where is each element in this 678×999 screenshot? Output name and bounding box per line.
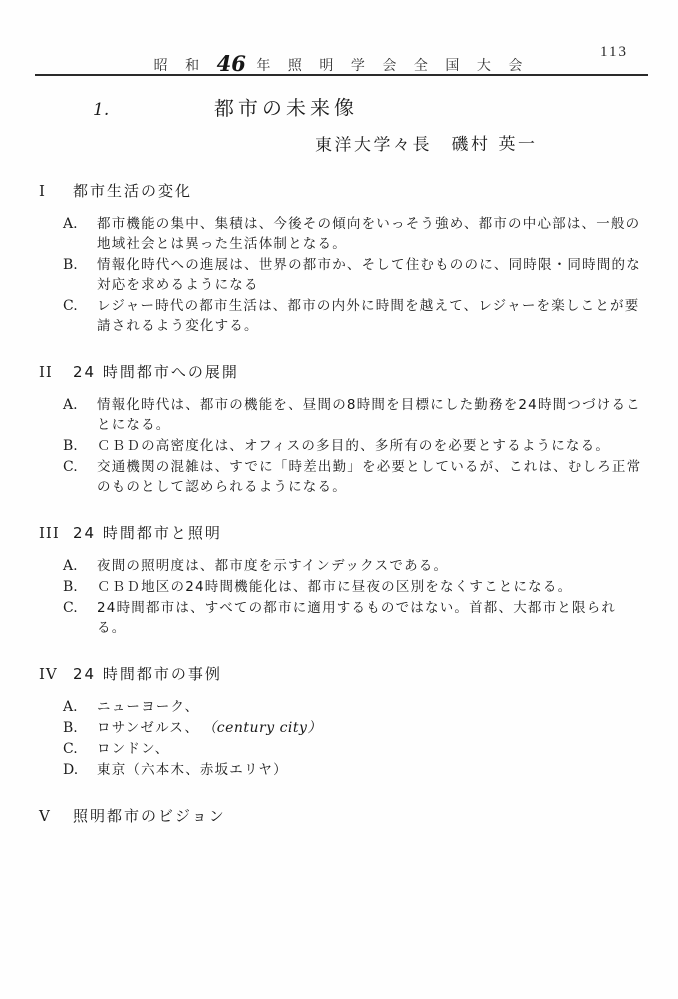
author-byline: 東洋大学々長 磯村 英一	[315, 129, 538, 155]
outline-item: C. ロンドン、	[63, 739, 648, 759]
outline-item: C. レジャー時代の都市生活は、都市の内外に時間を越えて、レジャーを楽しことが要…	[63, 296, 648, 336]
section-heading: V 照明都市のビジョン	[39, 805, 648, 826]
item-label: B.	[63, 438, 97, 454]
page-number: 113	[600, 44, 628, 61]
item-text: 24時間都市は、すべての都市に適用するものではない。首都、大都市と限られる。	[97, 598, 648, 638]
conference-title-suffix: 年 照 明 学 会 全 国 大 会	[256, 59, 529, 74]
item-label: A.	[63, 558, 97, 574]
item-text: ロンドン、	[97, 739, 648, 759]
outline-item: C. 24時間都市は、すべての都市に適用するものではない。首都、大都市と限られる…	[63, 598, 648, 638]
outline-item: B. 情報化時代への進展は、世界の都市か、そして住むもののに、同時限・同時間的な…	[63, 255, 648, 295]
section-numeral: III	[39, 524, 73, 542]
item-label: C.	[63, 298, 97, 314]
item-text: 夜間の照明度は、都市度を示すインデックスである。	[97, 556, 648, 576]
title-row: 1. 都市の未来像	[35, 92, 648, 121]
item-label: C.	[63, 600, 97, 616]
item-text: ＣＢＤ地区の24時間機能化は、都市に昼夜の区別をなくすことになる。	[97, 577, 648, 597]
item-text: 交通機関の混雑は、すでに「時差出勤」を必要としているが、これは、むしろ正常のもの…	[97, 457, 648, 497]
byline-row: 東洋大学々長 磯村 英一	[35, 130, 648, 155]
section-4-24hour-city-examples: IV 24 時間都市の事例 A. ニューヨーク、 B. ロサンゼルス、（cent…	[35, 663, 648, 780]
outline-item: B. ＣＢＤ地区の24時間機能化は、都市に昼夜の区別をなくすことになる。	[63, 577, 648, 597]
section-items: A. 夜間の照明度は、都市度を示すインデックスである。 B. ＣＢＤ地区の24時…	[63, 556, 648, 638]
item-label: B.	[63, 257, 97, 273]
section-numeral: IV	[39, 665, 73, 683]
section-heading: II 24 時間都市への展開	[39, 361, 648, 382]
outline-item: A. 都市機能の集中、集積は、今後その傾向をいっそう強め、都市の中心部は、一般の…	[63, 214, 648, 254]
item-label: B.	[63, 720, 97, 736]
item-text: 情報化時代への進展は、世界の都市か、そして住むもののに、同時限・同時間的な対応を…	[97, 255, 648, 295]
section-heading: III 24 時間都市と照明	[39, 522, 648, 543]
outline-item: B. ＣＢＤの高密度化は、オフィスの多目的、多所有のを必要とするようになる。	[63, 436, 648, 456]
section-numeral: V	[39, 807, 73, 825]
title-number: 1.	[93, 100, 109, 120]
item-label: A.	[63, 216, 97, 232]
outline-item: B. ロサンゼルス、（century city）	[63, 718, 648, 738]
section-2-24hour-city-development: II 24 時間都市への展開 A. 情報化時代は、都市の機能を、昼間の8時間を目…	[35, 361, 648, 497]
section-items: A. 情報化時代は、都市の機能を、昼間の8時間を目標にした勤務を24時間つづける…	[63, 395, 648, 497]
outline-item: A. 情報化時代は、都市の機能を、昼間の8時間を目標にした勤務を24時間つづける…	[63, 395, 648, 435]
item-label: C.	[63, 459, 97, 475]
item-text: レジャー時代の都市生活は、都市の内外に時間を越えて、レジャーを楽しことが要請され…	[97, 296, 648, 336]
outline-item: D. 東京（六本木、赤坂エリヤ）	[63, 760, 648, 780]
latin-annotation: （century city）	[209, 720, 322, 736]
section-title: 24 時間都市への展開	[73, 361, 239, 382]
item-text: 情報化時代は、都市の機能を、昼間の8時間を目標にした勤務を24時間つづけることに…	[97, 395, 648, 435]
item-label: A.	[63, 397, 97, 413]
section-1-urban-life-change: I 都市生活の変化 A. 都市機能の集中、集積は、今後その傾向をいっそう強め、都…	[35, 180, 648, 336]
section-items: A. ニューヨーク、 B. ロサンゼルス、（century city） C. ロ…	[63, 697, 648, 780]
section-5-lighting-city-vision: V 照明都市のビジョン	[35, 805, 648, 826]
section-title: 24 時間都市の事例	[73, 663, 222, 684]
section-3-24hour-city-and-lighting: III 24 時間都市と照明 A. 夜間の照明度は、都市度を示すインデックスであ…	[35, 522, 648, 638]
outline-item: A. 夜間の照明度は、都市度を示すインデックスである。	[63, 556, 648, 576]
section-numeral: I	[39, 182, 73, 200]
city-name: ロサンゼルス、	[97, 720, 199, 736]
section-heading: IV 24 時間都市の事例	[39, 663, 648, 684]
item-text: ロサンゼルス、（century city）	[97, 718, 648, 738]
item-label: C.	[63, 741, 97, 757]
item-text: ニューヨーク、	[97, 697, 648, 717]
document-title: 都市の未来像	[214, 91, 358, 121]
item-text: 東京（六本木、赤坂エリヤ）	[97, 760, 648, 780]
item-text: 都市機能の集中、集積は、今後その傾向をいっそう強め、都市の中心部は、一般の地域社…	[97, 214, 648, 254]
scanned-document-page: 昭 和 46 年 照 明 学 会 全 国 大 会 113 1. 都市の未来像 東…	[0, 0, 678, 999]
section-title: 都市生活の変化	[73, 180, 192, 201]
section-numeral: II	[39, 363, 73, 381]
conference-title-prefix: 昭 和	[154, 59, 207, 74]
item-text: ＣＢＤの高密度化は、オフィスの多目的、多所有のを必要とするようになる。	[97, 436, 648, 456]
page-header: 昭 和 46 年 照 明 学 会 全 国 大 会 113	[35, 48, 648, 76]
section-items: A. 都市機能の集中、集積は、今後その傾向をいっそう強め、都市の中心部は、一般の…	[63, 214, 648, 336]
conference-title: 昭 和 46 年 照 明 学 会 全 国 大 会	[35, 50, 648, 75]
outline-item: A. ニューヨーク、	[63, 697, 648, 717]
section-title: 24 時間都市と照明	[73, 522, 222, 543]
outline-item: C. 交通機関の混雑は、すでに「時差出勤」を必要としているが、これは、むしろ正常…	[63, 457, 648, 497]
section-heading: I 都市生活の変化	[39, 180, 648, 201]
item-label: A.	[63, 699, 97, 715]
item-label: D.	[63, 762, 97, 778]
handwritten-year: 46	[217, 51, 246, 76]
section-title: 照明都市のビジョン	[73, 805, 226, 826]
item-label: B.	[63, 579, 97, 595]
